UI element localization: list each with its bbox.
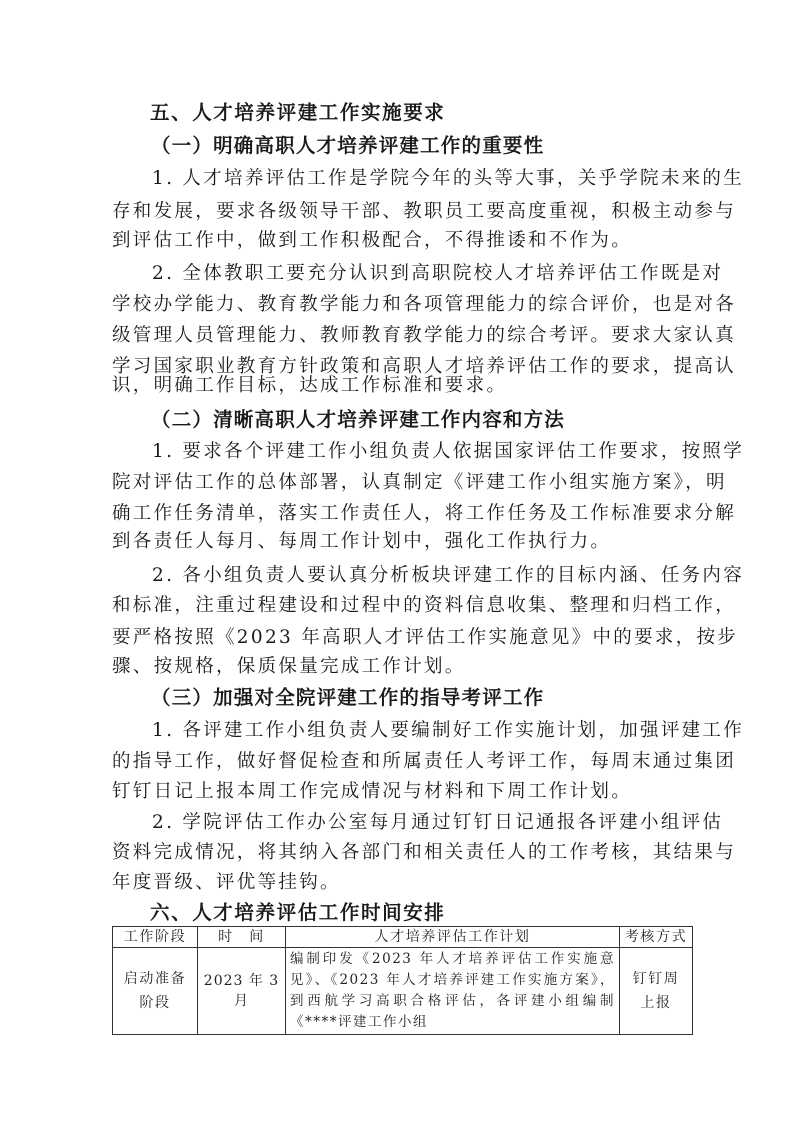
paragraph-line: 院对评估工作的总体部署，认真制定《评建工作小组实施方案》，明 (112, 471, 727, 495)
cell-assessment: 钉钉周上报 (620, 948, 693, 1035)
paragraph-line: 骤、按规格，保质保量完成工作计划。 (112, 655, 466, 679)
cell-plan: 编制印发《2023 年人才培养评估工作实施意见》、《2023 年人才培养评建工作… (286, 948, 620, 1035)
paragraph-line: 到各责任人每月、每周工作计划中，强化工作执行力。 (112, 530, 611, 554)
table-row: 启动准备阶段 2023 年 3 月 编制印发《2023 年人才培养评估工作实施意… (113, 948, 693, 1035)
paragraph-line: 2. 各小组负责人要认真分析板块评建工作的目标内涵、任务内容 (152, 564, 744, 588)
paragraph-line: 学校办学能力、教育教学能力和各项管理能力的综合评价，也是对各 (112, 293, 736, 317)
paragraph-line: 2. 学院评估工作办公室每月通过钉钉日记通报各评建小组评估 (152, 811, 723, 835)
schedule-table: 工作阶段 时 间 人才培养评估工作计划 考核方式 启动准备阶段 2023 年 3… (112, 926, 693, 1035)
cell-stage: 启动准备阶段 (113, 948, 198, 1035)
header-stage: 工作阶段 (113, 927, 198, 948)
paragraph-line: 确工作任务清单，落实工作责任人，将工作任务及工作标准要求分解 (112, 502, 736, 526)
paragraph-line: 和标准，注重过程建设和过程中的资料信息收集、整理和归档工作， (112, 594, 736, 618)
paragraph-line: 的指导工作，做好督促检查和所属责任人考评工作，每周末通过集团 (112, 750, 736, 774)
paragraph-line: 要严格按照《2023 年高职人才评估工作实施意见》中的要求，按步 (112, 626, 738, 650)
header-plan: 人才培养评估工作计划 (286, 927, 620, 948)
subsection-1-heading: （一）明确高职人才培养评建工作的重要性 (151, 134, 544, 158)
table-header-row: 工作阶段 时 间 人才培养评估工作计划 考核方式 (113, 927, 693, 948)
document-page: 五、人才培养评建工作实施要求 （一）明确高职人才培养评建工作的重要性 1. 人才… (0, 0, 793, 1122)
paragraph-line: 识，明确工作目标，达成工作标准和要求。 (112, 374, 507, 398)
paragraph-line: 1. 各评建工作小组负责人要编制好工作实施计划，加强评建工作 (152, 719, 744, 743)
paragraph-line: 资料完成情况，将其纳入各部门和相关责任人的工作考核，其结果与 (112, 841, 736, 865)
paragraph-line: 钉钉日记上报本周工作完成情况与材料和下周工作计划。 (112, 780, 632, 804)
paragraph-line: 2. 全体教职工要充分认识到高职院校人才培养评估工作既是对 (152, 262, 723, 286)
subsection-3-heading: （三）加强对全院评建工作的指导考评工作 (151, 686, 544, 710)
paragraph-line: 到评估工作中，做到工作积极配合，不得推诿和不作为。 (112, 229, 632, 253)
paragraph-line: 年度晋级、评优等挂钩。 (112, 871, 341, 895)
paragraph-line: 级管理人员管理能力、教师教育教学能力的综合考评。要求大家认真 (112, 324, 736, 348)
header-assessment: 考核方式 (620, 927, 693, 948)
paragraph-line: 1. 人才培养评估工作是学院今年的头等大事，关乎学院未来的生 (152, 167, 744, 191)
section-6-heading: 六、人才培养评估工作时间安排 (150, 901, 445, 925)
header-time: 时 间 (198, 927, 286, 948)
paragraph-line: 存和发展，要求各级领导干部、教职员工要高度重视，积极主动参与 (112, 200, 736, 224)
cell-time: 2023 年 3 月 (198, 948, 286, 1035)
section-5-heading: 五、人才培养评建工作实施要求 (150, 101, 445, 125)
paragraph-line: 1. 要求各个评建工作小组负责人依据国家评估工作要求，按照学 (152, 440, 744, 464)
subsection-2-heading: （二）清晰高职人才培养评建工作内容和方法 (151, 408, 565, 432)
